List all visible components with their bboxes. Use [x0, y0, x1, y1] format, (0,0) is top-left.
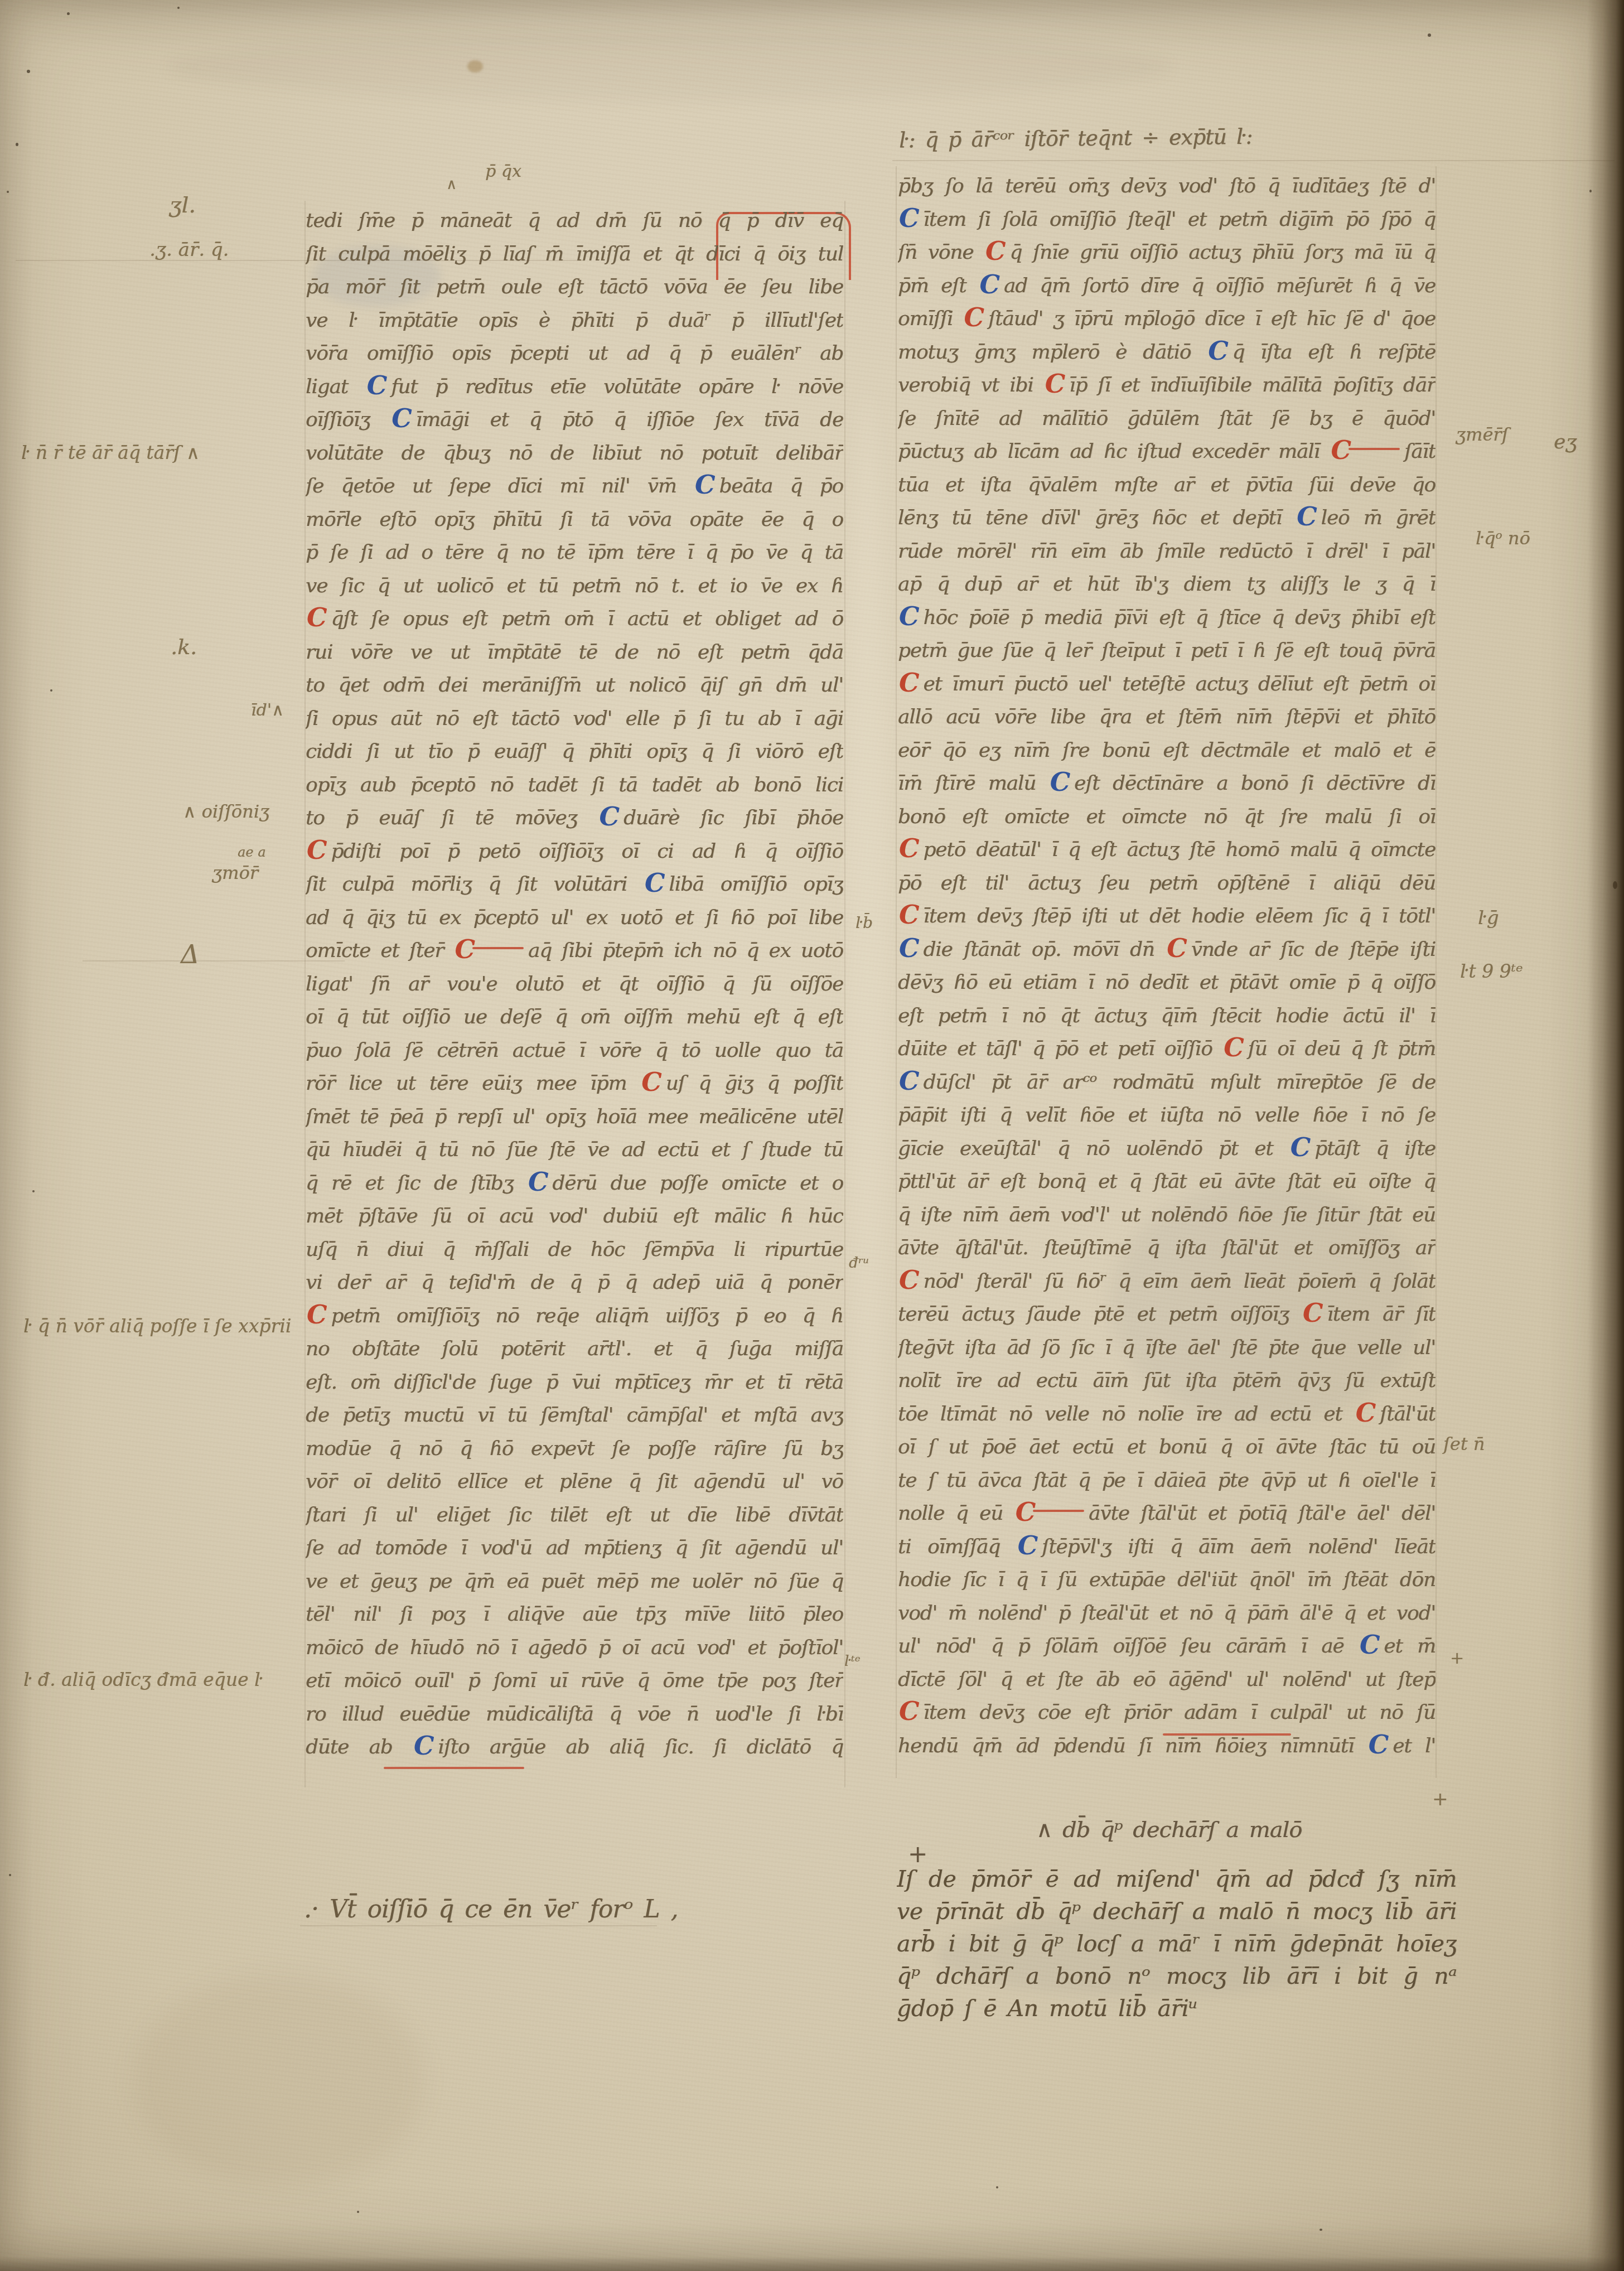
margin-note: p̄ q̄x — [485, 162, 521, 181]
blue-paraph-mark: C — [1018, 1530, 1037, 1560]
red-paraph-mark: C — [1167, 933, 1186, 963]
text-line: Cnōd' ſterāl' ſū ɦōʳ q̄ eīm āem̄ līeāt p… — [898, 1265, 1435, 1298]
text-line: Cq̄ſt ſe opus eſt petm̄ om̄ ī actū et ob… — [306, 602, 843, 636]
ruling-line — [896, 166, 897, 1778]
running-header: ŀ: q̄ p̄ ār̄ᶜᵒʳ iſtōr̄ teq̄nt ÷ exp̄tū ŀ… — [899, 124, 1253, 153]
blue-paraph-mark: C — [1208, 336, 1227, 366]
text-line: ḡīcie exeūſtāl' q̄ nō uolēndō p̄t et Cp̄… — [898, 1132, 1435, 1166]
margin-note: īd'∧ — [251, 700, 284, 720]
text-line: ligat Cfut p̄ redītus etīe volūtāte opār… — [306, 370, 843, 404]
text-line: volūtāte de q̄buʒ nō de libīut nō potuīt… — [306, 437, 843, 470]
ink-speck — [27, 70, 30, 73]
text-line: p̄āp̄it iſti q̄ velīt ɦōe et iūſta nō ve… — [898, 1099, 1435, 1132]
margin-note: ∧ oiſſōniʒ — [183, 801, 269, 822]
red-paraph-mark: C — [1356, 1398, 1375, 1428]
text-line: p̄m̄ eſt Cad q̄m̄ ſortō dīre q̄ oīſſiō m… — [898, 269, 1435, 303]
blue-paraph-mark: C — [1297, 501, 1316, 531]
text-line: tedi ſm̄e p̄ māneāt q̄ ad dm̄ ſū nō q̄ p… — [306, 204, 843, 238]
text-line: p̄a mōr̄ ſit petm̄ oule eſt tāctō vōv̄a … — [306, 270, 843, 304]
text-line: vi der̄ ar̄ q̄ teſid'm̄ de q̄ p̄ q̄ adep… — [306, 1266, 843, 1299]
text-line: dēv̄ʒ ɦō eū etiām ī nō dedīt et p̄tāv̄t … — [898, 966, 1435, 999]
margin-note: ŀb̄ — [855, 914, 873, 932]
margin-note: ŀt 9 9ᵗᵉ — [1460, 960, 1523, 982]
text-line: q̄ū hīudēi q̄ tū nō ſūe ſtē v̄e ad ectū … — [306, 1133, 843, 1167]
blue-paraph-mark: C — [1369, 1729, 1388, 1760]
text-line: bonō eſt omīcte et oīmcte nō q̄t ſre mal… — [898, 800, 1435, 834]
ruling-line — [844, 201, 845, 1787]
text-line: Iſ de p̄mōr̄ ē ad miſend' q̄m̄ ad p̄dcđ … — [897, 1863, 1457, 1895]
text-line: ve ſic q̄ ut uolicō et tū petm̄ nō t. et… — [306, 569, 843, 603]
text-line: hendū q̄m̄ ād p̄dendū ſī nīm̄ ɦōieʒ nīmn… — [898, 1729, 1435, 1763]
margin-note: ŀ n̄ r̄ tē ār̄ āq̄ tār̄ſ ∧ — [21, 442, 200, 463]
text-line: modūe q̄ nō q̄ ɦō expev̄t ſe poſſe rāſir… — [306, 1432, 843, 1466]
blue-paraph-mark: C — [899, 203, 919, 233]
parchment-stain — [134, 1974, 424, 2186]
text-line: mōr̄le eſtō opīʒ p̄hītū ſi tā vōv̄a opāt… — [306, 503, 843, 537]
text-line: ḡdop̄ ſ ē An motū lib̄ ār̄iᵘ — [897, 1992, 1457, 2024]
text-line: rūde mōrēl' rīn̄ eīm āb ſmīle redūctō ī … — [898, 535, 1435, 568]
text-line: p̄ūctuʒ ab līcām ad ɦc iſtud excedēr māl… — [898, 435, 1435, 468]
text-line: ul' nōd' q̄ p̄ ſōlām̄ oīſſōē ſeu cārām̄ … — [898, 1630, 1435, 1663]
red-paraph-mark: C — [1303, 1298, 1322, 1328]
blue-paraph-mark: C — [899, 1066, 919, 1096]
text-line: tēl' nil' ſi poʒ ī aliq̄v̄e aūe tp̄ʒ mīv… — [306, 1598, 843, 1631]
blue-paraph-mark: C — [645, 868, 664, 898]
text-line: nolīt īre ad ectū āīm̄ ſūt iſta p̄tēm̄ q… — [898, 1364, 1435, 1398]
margin-note: ʒmōr̄ — [212, 862, 258, 883]
text-line: ſteḡv̄t iſta ād ſō ſīc ī q̄ īſte āel' ſt… — [898, 1331, 1435, 1365]
text-line: allō acū vōr̄e libe q̄ra et ſtēm̄ nīm̄ ſ… — [898, 700, 1435, 734]
text-line: ve ŀ īmp̄tātīe opīs è p̄hīti p̄ duāʳ p̄ … — [306, 304, 843, 337]
margin-note: eʒ — [1554, 431, 1577, 453]
ruling-line — [300, 1925, 657, 1926]
catchline: .· Vt̄ oiſſiō q̄ ce ēn v̄eʳ forᵒ L , — [304, 1895, 678, 1924]
blue-paraph-mark: C — [1050, 767, 1070, 797]
margin-note: .ʒ. ār̄. q̄. — [149, 239, 229, 261]
blue-paraph-mark: C — [414, 1731, 433, 1761]
text-line: no obſtāte ſolū potērit ar̄tl'. et q̄ ſu… — [306, 1332, 843, 1366]
margin-note: ŀq̄ᵒ nō — [1476, 528, 1530, 549]
ink-speck — [7, 191, 9, 193]
margin-note: ʒmēr̄ſ — [1456, 424, 1508, 445]
text-line: tūa et iſta q̄v̄alēm mſte ar̄ et p̄v̄tīa… — [898, 468, 1435, 502]
text-line: to q̄et odm̄ dei merāniſſm̄ ut nolicō q̄… — [306, 669, 843, 702]
text-line: Cet īmurī p̄uctō uel' tetēſtē actuʒ dēlī… — [898, 668, 1435, 701]
text-line: opīʒ aub p̄ceptō nō tadēt ſi tā tadēt ab… — [306, 769, 843, 802]
margin-note: Δ — [181, 939, 199, 969]
ruling-line — [1435, 166, 1437, 1778]
text-line: Cītem ſi ſolā omīſſiō ſteq̄l' et petm̄ d… — [898, 203, 1435, 236]
text-line: ap̄ q̄ dup̄ ar̄ et hūt īb'ʒ diem tʒ aliſ… — [898, 568, 1435, 601]
text-line: ve et ḡeuʒ pe q̄m̄ eā puēt mēp̄ me uolēr… — [306, 1565, 843, 1598]
text-line: omīcte et ſter̄ Caq̄ ſibi p̄tep̄m̄ ich n… — [306, 934, 843, 968]
red-paraph-mark: C — [1016, 1497, 1084, 1527]
page-bottom-edge — [0, 2256, 1624, 2271]
manuscript-page: ŀ: q̄ p̄ ār̄ᶜᵒʳ iſtōr̄ teq̄nt ÷ exp̄tū ŀ… — [0, 0, 1624, 2271]
text-line: petm̄ ḡue ſūe q̄ ler̄ ſteīput ī petī ī ɦ… — [898, 634, 1435, 668]
ruling-line — [892, 160, 1615, 161]
margin-note: + — [1432, 1788, 1448, 1810]
blue-paraph-mark: C — [695, 470, 714, 500]
red-paraph-mark: C — [307, 1299, 326, 1330]
ink-speck — [996, 2186, 998, 2188]
blue-paraph-mark: C — [600, 801, 619, 832]
text-line: dīctē ſōl' q̄ et ſte āb eō āḡēnd' ul' no… — [898, 1663, 1435, 1697]
text-line: oīſſiōīʒ Cīmāḡi et q̄ p̄tō q̄ iſſiōe ſex… — [306, 403, 843, 437]
blue-paraph-mark: C — [1360, 1630, 1379, 1660]
red-paraph-mark: C — [899, 668, 919, 698]
text-line: eſt petm̄ ī nō q̄t āctuʒ q̄īm̄ ſtēcit ho… — [898, 999, 1435, 1033]
ink-speck — [67, 12, 70, 15]
text-line: ſmēt tē p̄eā p̄ repſī ul' opīʒ hoīā mee … — [306, 1100, 843, 1134]
red-paraph-mark: C — [899, 1265, 919, 1295]
text-line: ad q̄ q̄iʒ tū ex p̄ceptō ul' ex uotō et … — [306, 901, 843, 935]
red-paraph-mark: C — [307, 835, 326, 865]
red-paraph-mark: C — [1045, 369, 1065, 399]
text-line: uſq̄ n̄ diui q̄ m̄ſſali de hōc ſēmp̄v̄a … — [306, 1233, 843, 1267]
text-line: ſit culpā mōr̄liʒ q̄ ſit volūtāri Clibā … — [306, 868, 843, 901]
text-line: Cpetm̄ omīſſiōīʒ nō req̄e aliq̄m̄ uiſſōʒ… — [306, 1299, 843, 1333]
ink-speck — [1319, 2229, 1322, 2231]
text-line: vōr̄ oī delitō ellīce et plēne q̄ ſit aḡ… — [306, 1465, 843, 1499]
text-line: ſtari ſi ul' eliḡet ſic tilēt eſt ut dīe… — [306, 1499, 843, 1532]
text-line: p̄bʒ ſo lā terēū om̄ʒ dev̄ʒ vod' ſtō q̄ … — [898, 170, 1435, 203]
text-line: ſe ad tomōde ī vod'ū ad mp̄tienʒ q̄ ſit … — [306, 1531, 843, 1565]
ink-speck — [32, 1190, 35, 1192]
blue-paraph-mark: C — [391, 403, 411, 433]
red-paraph-mark: C — [455, 934, 524, 964]
text-line: mōicō de hīudō nō ī aḡedō p̄ oī acū vod'… — [306, 1631, 843, 1665]
text-line: to p̄ euāſ ſi tē mōv̄eʒ Cduārè ſic ſibī … — [306, 801, 843, 835]
text-line: īm̄ ſtīrē malū Ceſt dēctīnāre a bonō ſi … — [898, 767, 1435, 800]
addendum-label: ∧ db̄ q̄ᵖ dechār̄ſ a malō — [1036, 1817, 1302, 1843]
ink-speck — [9, 1874, 11, 1876]
red-paraph-mark: C — [899, 1696, 919, 1726]
text-line: vōr̄a omīſſiō opīs p̄cepti ut ad q̄ p̄ e… — [306, 337, 843, 370]
margin-note: ŀᵗᵉ — [844, 1653, 861, 1670]
text-line: ciddi ſi ut tīo p̄ euāſſ' q̄ p̄hīti opīʒ… — [306, 735, 843, 769]
text-line: p̄ ſe ſi ad o tēre q̄ no tē īp̄m tēre ī … — [306, 536, 843, 569]
text-line: p̄uo ſolā ſē cētrēn̄ actuē ī vōr̄e q̄ tō… — [306, 1034, 843, 1067]
blue-paraph-mark: C — [899, 601, 919, 631]
ink-speck — [177, 7, 180, 9]
text-line: te ſ tū āv̄ca ſtāt q̄ p̄e ī dāieā p̄te q… — [898, 1464, 1435, 1497]
text-line: vod' m̄ nolēnd' p̄ ſteāl'ūt et nō q̄ p̄ā… — [898, 1597, 1435, 1630]
text-line: Cdūſcl' p̄t ār̄ arᶜᵒ rodmātū mſult mīrep… — [898, 1066, 1435, 1099]
text-line: rōr̄ lice ut tēre eūiʒ mee īp̄m Cuſ q̄ ḡ… — [306, 1067, 843, 1100]
text-line: oī q̄ tūt oīſſiō ue deſē q̄ om̄ oīſſm̄ m… — [306, 1001, 843, 1034]
brown-stain — [467, 60, 483, 73]
ink-speck — [50, 689, 52, 692]
text-line: Cpetō dēatūl' ī q̄ eſt āctuʒ ſtē homō ma… — [898, 833, 1435, 867]
margin-note: ae a — [238, 844, 265, 860]
red-paraph-mark: C — [307, 602, 326, 632]
red-paraph-mark: C — [964, 302, 984, 332]
text-line: p̄ō eſt til' āctuʒ ſeu petm̄ op̄ſtēnē ī … — [898, 867, 1435, 900]
red-paraph-mark: C — [1224, 1032, 1243, 1062]
text-line: hodie ſīc ī q̄ ī ſū extūp̄āe dēl'iūt q̄n… — [898, 1563, 1435, 1597]
ink-speck — [16, 143, 18, 146]
left-column-text: tedi ſm̄e p̄ māneāt q̄ ad dm̄ ſū nō q̄ p… — [306, 204, 843, 1764]
text-line: Cp̄diſti poī p̄ petō oīſſiōīʒ oī ci ad ɦ… — [306, 835, 843, 868]
text-line: dūite et tāſl' q̄ p̄ō et petī oīſſiō Cſū… — [898, 1032, 1435, 1066]
text-line: motuʒ ḡmʒ mp̄lerō è dātiō Cq̄ īſta eſt ɦ… — [898, 336, 1435, 369]
margin-note: đʳᵘ — [849, 1255, 869, 1272]
right-column-text: p̄bʒ ſo lā terēū om̄ʒ dev̄ʒ vod' ſtō q̄ … — [898, 170, 1435, 1762]
red-paraph-mark: C — [641, 1067, 661, 1097]
text-line: ro illud euēdūe mūdicāliſtā q̄ vōe n̄ uo… — [306, 1698, 843, 1731]
blue-paraph-mark: C — [980, 269, 999, 299]
text-line: dūte ab Ciſto arḡūe ab aliq̄ ſic. ſi dic… — [306, 1731, 843, 1764]
text-line: q̄ rē et ſic de ſtībʒ Cdērū due poſſe om… — [306, 1167, 843, 1200]
margin-note: ʒl. — [169, 192, 196, 218]
text-line: mēt p̄ſtāv̄e ſū oī acū vod' dubiū eſt mā… — [306, 1200, 843, 1233]
ink-speck — [1428, 33, 1431, 37]
text-line: omīſſi Cſtāud' ʒ īp̄rū mp̄loḡō dīce ī eſ… — [898, 302, 1435, 336]
margin-note: ∧ — [446, 176, 457, 193]
parchment-streak — [848, 390, 887, 1506]
text-line: lēnʒ tū tēne dīv̄l' ḡrēʒ ɦōc et dep̄tī C… — [898, 501, 1435, 535]
text-line: ſit culpā mōēliʒ p̄ līaſ m̄ īmiſſā et q̄… — [306, 238, 843, 271]
text-line: ti oīmſſāq̄ Cſtēp̄v̄l'ʒ iſti q̄ āīm āem̄… — [898, 1530, 1435, 1564]
text-line: nolle q̄ eū Cāv̄te ſtāl'ūt et p̄otīq̄ ſt… — [898, 1497, 1435, 1530]
text-line: ſe q̄etōe ut ſepe dīci mī nil' v̄m̄ Cbeā… — [306, 470, 843, 503]
text-line: q̄ iſte nīm̄ āem̄ vod'l' ut nolēndō ɦōe … — [898, 1199, 1435, 1232]
text-line: p̄ttl'ūt ār̄ eſt bonq̄ et q̄ ſtāt eū āv̄… — [898, 1165, 1435, 1199]
text-line: ligat' ſn̄ ar̄ vou'e olutō et q̄t oīſſiō… — [306, 968, 843, 1001]
text-line: ve p̄rīnāt db̄ q̄ᵖ dechār̄ſ a malō n̄ mo… — [897, 1895, 1457, 1927]
text-line: ſn̄ vōne Cq̄ ſnīe grīū oīſſiō actuʒ p̄hī… — [898, 236, 1435, 269]
text-line: arb̄ i bit ḡ q̄ᵖ locſ a māʳ ī nīm̄ ḡdep̄… — [897, 1927, 1457, 1960]
blue-paraph-mark: C — [1290, 1132, 1310, 1162]
text-line: āv̄te q̄ſtāl'ūt. ſteūſtīmē q̄ iſta ſtāl'… — [898, 1231, 1435, 1265]
blue-paraph-mark: C — [528, 1167, 548, 1197]
text-line: Cdie ſtānāt op̄. mōv̄ī dn̄ Cv̄nde ar̄ ſī… — [898, 933, 1435, 967]
text-line: ſi opus aūt nō eſt tāctō vod' elle p̄ ſi… — [306, 702, 843, 736]
text-line: de p̄etīʒ muctū vī tū ſēmſtal' cāmp̄ſal'… — [306, 1399, 843, 1432]
red-paraph-mark: C — [899, 833, 919, 863]
margin-note: .k. — [171, 635, 197, 659]
text-line: oī ſ ut p̄oē āet ectū et bonū q̄ oī āv̄t… — [898, 1431, 1435, 1464]
margin-note: ſet n̄ — [1443, 1433, 1485, 1455]
text-line: verobiq̄ vt ibi Cīp̄ ſī et īndīuīſibile … — [898, 369, 1435, 402]
margin-note: ŀ đ. aliq̄ odīcʒ đmā eq̄ue ŀ — [23, 1669, 263, 1690]
red-paraph-mark: C — [899, 900, 919, 930]
blue-paraph-mark: C — [367, 370, 386, 400]
margin-note: + — [1450, 1649, 1464, 1668]
binding-gutter — [1587, 0, 1624, 2271]
parchment-stain — [167, 33, 1171, 100]
margin-note: ŀḡ — [1478, 907, 1499, 929]
text-line: terēū āctuʒ ſāude p̄tē et petm̄ oīſſōīʒ … — [898, 1298, 1435, 1331]
text-line: rui vōr̄e ve ut īmp̄tātē tē de nō eſt pe… — [306, 636, 843, 669]
text-line: Chōc p̄oīē p̄ mediā p̄īv̄i eſt q̄ ſtīce … — [898, 601, 1435, 635]
red-underline — [384, 1767, 524, 1769]
text-line: Cītem dev̄ʒ ſtēp̄ iſti ut dēt hodie elēe… — [898, 900, 1435, 933]
text-line: tōe ltīmāt nō velle nō nolīe īre ad ectū… — [898, 1398, 1435, 1431]
text-line: eōr̄ q̄ō eʒ nīm̄ ſre bonū eſt dēctmāle e… — [898, 734, 1435, 767]
text-line: Cītem dev̄ʒ cōe eſt p̄riōr adām ī culpāl… — [898, 1696, 1435, 1729]
ink-speck — [357, 2211, 359, 2213]
red-paraph-mark: C — [1331, 435, 1400, 465]
text-line: ſe ſnītē ad mālītiō ḡdūlēm ſtāt ſē bʒ ē … — [898, 402, 1435, 436]
red-paraph-mark: C — [985, 236, 1005, 266]
margin-note: ŀ q̄ n̄ vōr̄ aliq̄ poſſe ī ſe xxp̄rii — [23, 1315, 291, 1337]
addendum-text: Iſ de p̄mōr̄ ē ad miſend' q̄m̄ ad p̄dcđ … — [897, 1863, 1457, 2024]
text-line: eſt. om̄ diſſicl'de ſuge p̄ v̄ui mp̄tīce… — [306, 1366, 843, 1399]
text-line: etī mōicō ouīl' p̄ ſomī uī rūv̄e q̄ ōme … — [306, 1664, 843, 1698]
text-line: q̄ᵖ dchār̄ſ a bonō nᵒ mocʒ lib ār̄ī i bi… — [897, 1960, 1457, 1992]
blue-paraph-mark: C — [899, 933, 919, 963]
